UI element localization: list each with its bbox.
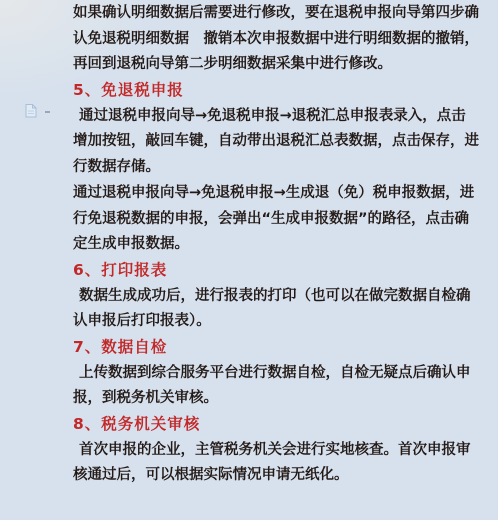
text-line: 数据生成成功后，进行报表的打印（也可以在做完数据自检确 — [73, 284, 484, 310]
text-line: 报，到税务机关审核。 — [73, 386, 484, 412]
text-line: 核通过后，可以根据实际情况申请无纸化。 — [73, 463, 484, 489]
text-line: 再回到退税向导第二步明细数据采集中进行修改。 — [73, 52, 484, 78]
text-line: 通过退税申报向导→免退税申报→退税汇总申报表录入，点击 — [73, 104, 484, 130]
text-line: 通过退税申报向导→免退税申报→生成退（免）税申报数据，进 — [73, 181, 484, 207]
section-heading-6: 6、打印报表 — [73, 258, 484, 284]
text-line: 认申报后打印报表）。 — [73, 309, 484, 335]
text-line: 定生成申报数据。 — [73, 232, 484, 258]
text-line: 增加按钮，敲回车键，自动带出退税汇总表数据，点击保存，进 — [73, 129, 484, 155]
section-heading-5: 5、免退税申报 — [73, 78, 484, 104]
text-line: 首次申报的企业，主管税务机关会进行实地核查。首次申报审 — [73, 438, 484, 464]
section-heading-8: 8、税务机关审核 — [73, 412, 484, 438]
text-line: 行免退税数据的申报，会弹出“生成申报数据”的路径，点击确 — [73, 207, 484, 233]
dash-mark — [45, 111, 50, 113]
text-line: 认免退税明细数据 撤销本次申报数据中进行明细数据的撤销， — [73, 27, 484, 53]
text-line: 行数据存储。 — [73, 155, 484, 181]
text-line: 上传数据到综合服务平台进行数据自检，自检无疑点后确认申 — [73, 361, 484, 387]
text-line: 如果确认明细数据后需要进行修改，要在退税申报向导第四步确 — [73, 1, 484, 27]
document-page: 如果确认明细数据后需要进行修改，要在退税申报向导第四步确 认免退税明细数据 撤销… — [0, 0, 498, 520]
text-block: 如果确认明细数据后需要进行修改，要在退税申报向导第四步确 认免退税明细数据 撤销… — [73, 1, 484, 489]
page-icon[interactable] — [25, 103, 37, 122]
section-heading-7: 7、数据自检 — [73, 335, 484, 361]
margin-marker[interactable] — [25, 103, 55, 119]
